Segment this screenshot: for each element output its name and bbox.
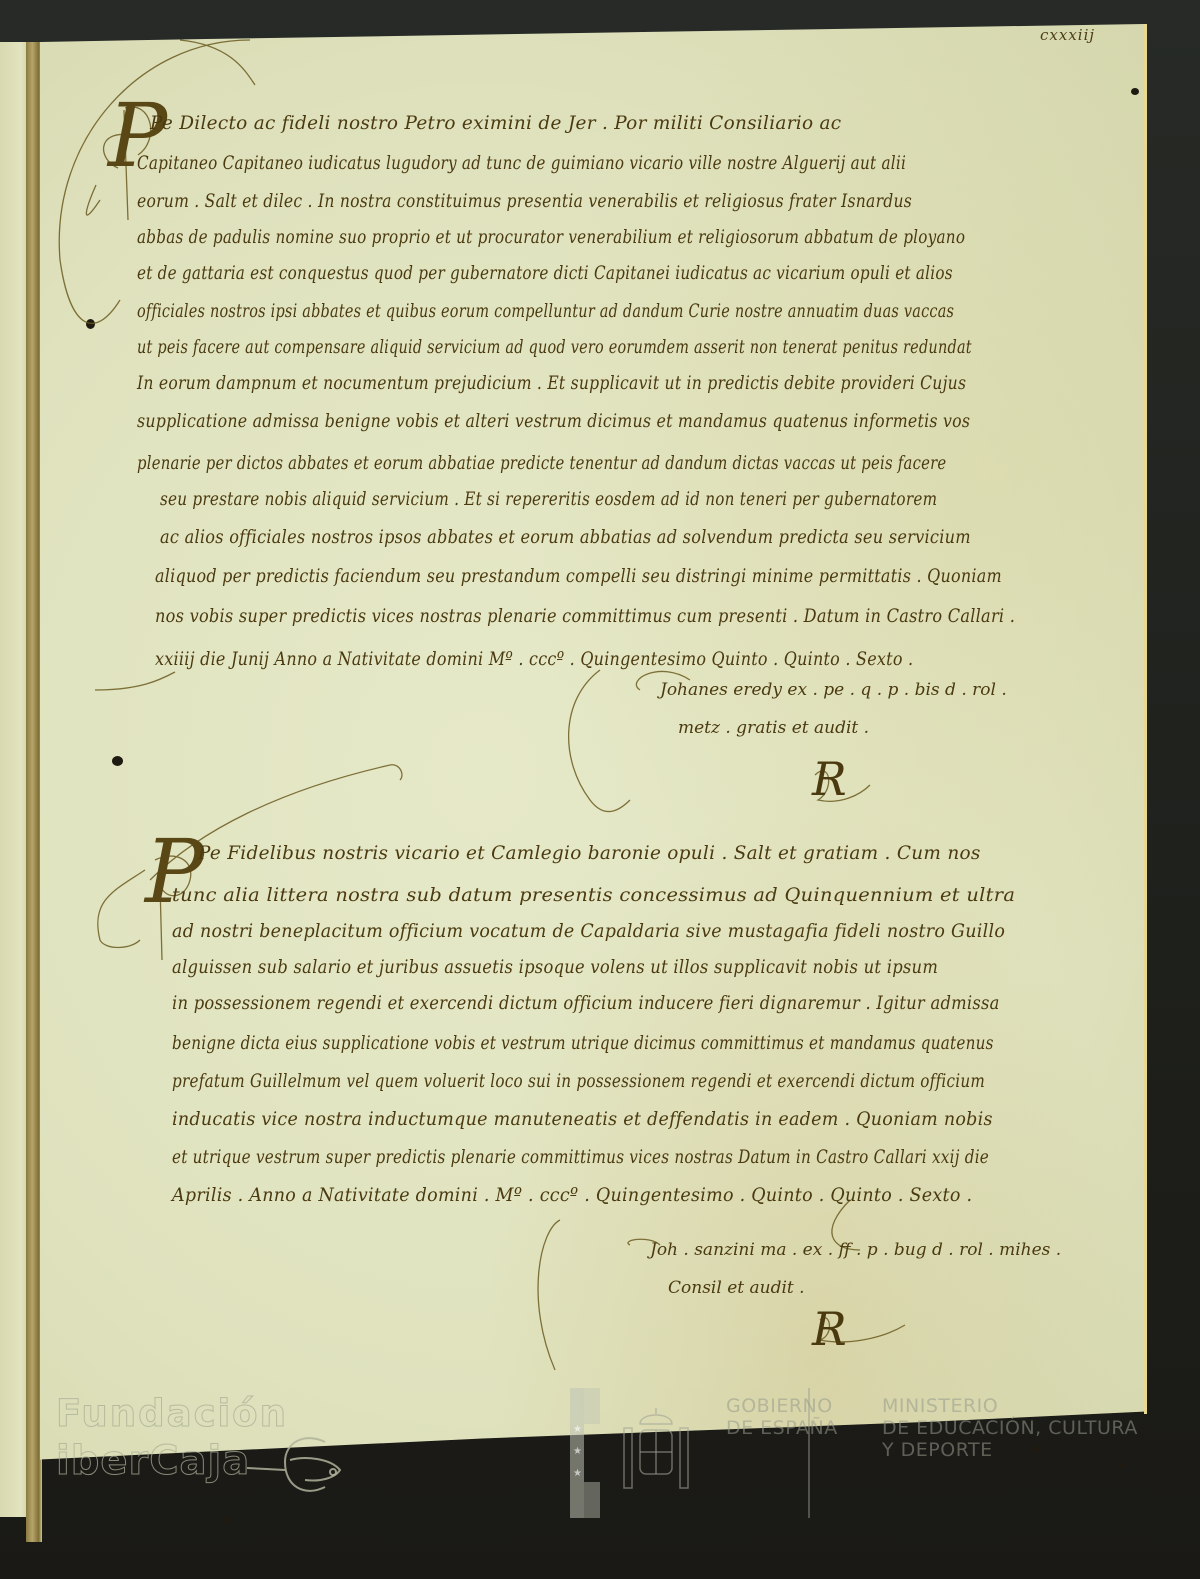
spain-flag-bar <box>584 1388 600 1518</box>
text-line: Pe Fidelibus nostris vicario et Camlegio… <box>198 842 981 864</box>
text-line: in possessionem regendi et exercendi dic… <box>172 992 1000 1014</box>
star-icon: ★ <box>573 1446 582 1457</box>
text-line: et utrique vestrum super predictis plena… <box>172 1146 989 1168</box>
text-line: prefatum Guillelmum vel quem voluerit lo… <box>172 1070 985 1092</box>
paraph-mark: R <box>812 1302 847 1356</box>
ministerio-watermark: MINISTERIO DE EDUCACIÓN, CULTURA Y DEPOR… <box>882 1395 1138 1461</box>
text-line: Aprilis . Anno a Nativitate domini . Mº … <box>172 1184 972 1206</box>
signature-line: Consil et audit . <box>668 1278 805 1298</box>
ministerio-line: MINISTERIO <box>882 1395 1138 1417</box>
coat-of-arms-icon <box>620 1404 692 1496</box>
document-2: Pe Fidelibus nostris vicario et Camlegio… <box>0 0 1200 1579</box>
gobierno-line: DE ESPAÑA <box>726 1417 838 1439</box>
text-line: tunc alia littera nostra sub datum prese… <box>172 884 1015 906</box>
star-icon: ★ <box>573 1424 582 1435</box>
ibercaja-logo-icon <box>245 1432 345 1502</box>
text-line: alguissen sub salario et juribus assueti… <box>172 956 938 978</box>
text-line: inducatis vice nostra inductumque manute… <box>172 1108 993 1130</box>
star-icon: ★ <box>573 1468 582 1479</box>
ministerio-line: Y DEPORTE <box>882 1439 1138 1461</box>
gobierno-line: GOBIERNO <box>726 1395 838 1417</box>
text-line: benigne dicta eius supplicatione vobis e… <box>172 1032 994 1054</box>
ibercaja-watermark: iberCaja <box>56 1438 250 1484</box>
watermark-divider <box>808 1388 810 1518</box>
text-line: ad nostri beneplacitum officium vocatum … <box>172 920 1005 942</box>
fundacion-ibercaja-watermark: Fundación <box>56 1392 288 1435</box>
signature-line: Joh . sanzini ma . ex . ff . p . bug d .… <box>650 1240 1061 1260</box>
ministerio-line: DE EDUCACIÓN, CULTURA <box>882 1417 1138 1439</box>
gobierno-watermark: GOBIERNO DE ESPAÑA <box>726 1395 838 1439</box>
